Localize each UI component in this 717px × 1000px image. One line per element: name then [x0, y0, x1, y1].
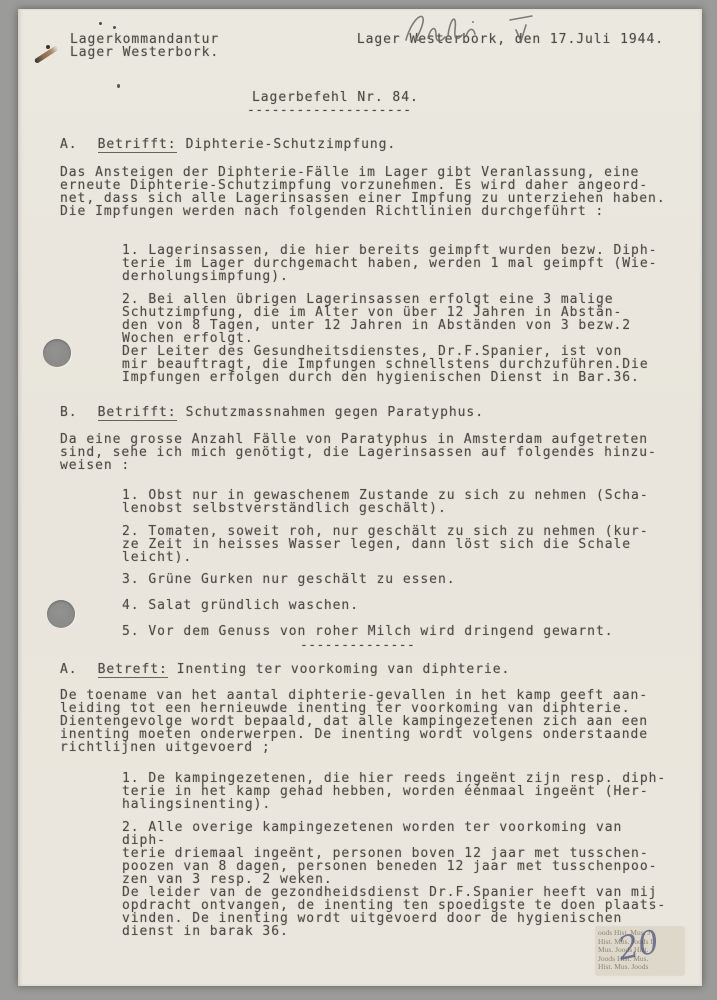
list-item-b-de-2: 2. Tomaten, soweit roh, nur geschält zu …	[122, 525, 672, 564]
section-separator: --------------	[300, 639, 672, 652]
paper-speck	[46, 45, 50, 49]
document-title: Lagerbefehl Nr. 84.	[252, 91, 672, 104]
document-header: Lagerkommandantur Lager Westerbork. Lage…	[60, 33, 672, 59]
section-subject: Schutzmassnahmen gegen Paratyphus.	[186, 406, 484, 421]
paragraph-a-nl-intro: De toename van het aantal diphterie-geva…	[60, 689, 672, 754]
list-item-a-nl-2: 2. Alle overige kampingezetenen worden t…	[122, 821, 672, 938]
section-label: A.	[60, 138, 78, 153]
section-keyword: Betrifft:	[98, 406, 177, 421]
section-heading-a-de: A. Betrifft: Diphterie-Schutzimpfung.	[60, 138, 672, 153]
section-label: B.	[60, 406, 78, 421]
letterhead-line2: Lager Westerbork.	[70, 46, 219, 59]
list-item-b-de-5: 5. Vor dem Genuss von roher Milch wird d…	[122, 625, 672, 638]
paper-speck	[99, 22, 102, 25]
paragraph-a-de-intro: Das Ansteigen der Diphterie-Fälle im Lag…	[60, 166, 672, 218]
list-item-a-de-2: 2. Bei allen übrigen Lagerinsassen erfol…	[122, 293, 672, 384]
list-item-a-nl-1: 1. De kampingezetenen, die hier reeds in…	[122, 772, 672, 811]
section-subject: Inenting ter voorkoming van diphterie.	[177, 663, 511, 678]
museum-stamp: oods Hist. Mus. J Hist. Mus. Joods I Mus…	[596, 927, 684, 975]
section-heading-b-de: B. Betrifft: Schutzmassnahmen gegen Para…	[60, 406, 672, 421]
list-item-b-de-4: 4. Salat gründlich waschen.	[122, 599, 672, 612]
section-heading-a-nl: A. Betreft: Inenting ter voorkoming van …	[60, 663, 672, 678]
stamp-handwritten-number: 20	[615, 927, 661, 965]
section-subject: Diphterie-Schutzimpfung.	[186, 138, 397, 153]
paper-speck	[113, 26, 116, 29]
section-keyword: Betrifft:	[98, 138, 177, 153]
handwritten-annotation-scribble	[398, 6, 558, 54]
letterhead: Lagerkommandantur Lager Westerbork.	[70, 33, 219, 59]
punch-hole-top	[43, 339, 71, 367]
list-item-b-de-1: 1. Obst nur in gewaschenem Zustande zu s…	[122, 489, 672, 515]
title-underline: --------------------	[247, 104, 672, 117]
list-item-b-de-3: 3. Grüne Gurken nur geschält zu essen.	[122, 573, 672, 586]
list-item-a-de-1: 1. Lagerinsassen, die hier bereits geimp…	[122, 244, 672, 283]
stamp-text-line: Hist. Mus. Joods	[598, 963, 684, 972]
section-label: A.	[60, 663, 78, 678]
document-page: Lagerkommandantur Lager Westerbork. Lage…	[18, 9, 702, 986]
punch-hole-bottom	[47, 600, 75, 628]
paragraph-b-de-intro: Da eine grosse Anzahl Fälle von Paratyph…	[60, 433, 672, 472]
section-keyword: Betreft:	[98, 663, 168, 678]
scan-background: Lagerkommandantur Lager Westerbork. Lage…	[0, 0, 717, 1000]
title-block: Lagerbefehl Nr. 84. --------------------	[60, 91, 672, 117]
paper-speck	[117, 84, 120, 88]
